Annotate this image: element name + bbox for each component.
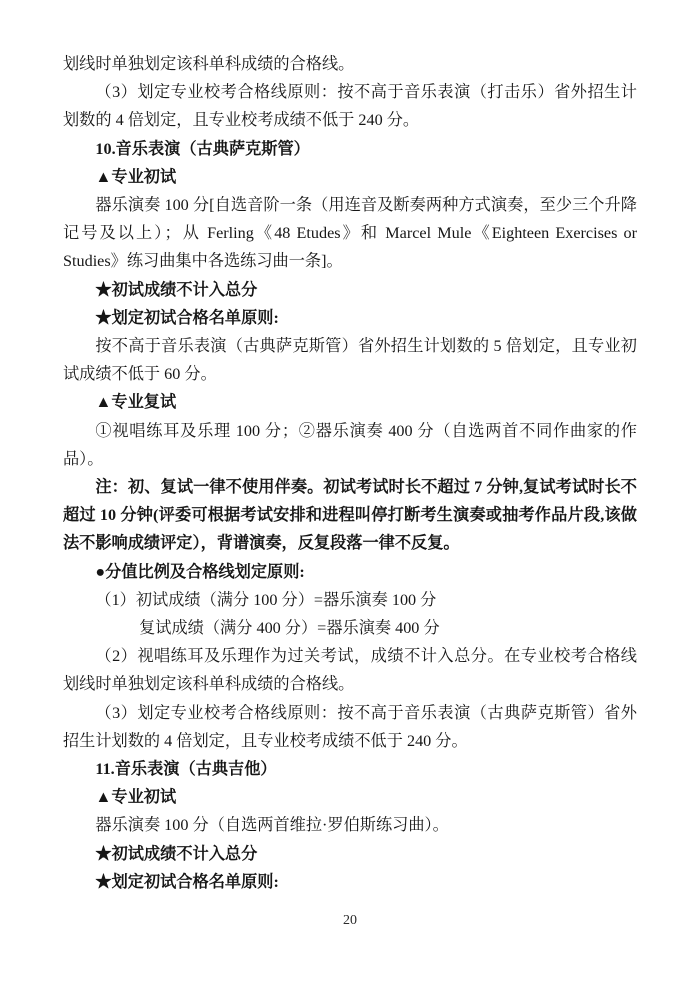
sax-retest-heading: ▲专业复试 — [63, 388, 637, 416]
sax-initial-score-note: ★初试成绩不计入总分 — [63, 276, 637, 304]
sax-initial-exam-heading: ▲专业初试 — [63, 163, 637, 191]
paragraph-score-rule-1-initial: （1）初试成绩（满分 100 分）=器乐演奏 100 分 — [63, 586, 637, 614]
paragraph-percussion-rule-3: （3）划定专业校考合格线原则：按不高于音乐表演（打击乐）省外招生计划数的 4 倍… — [63, 78, 637, 134]
paragraph-score-rule-1-retest: 复试成绩（满分 400 分）=器乐演奏 400 分 — [63, 614, 637, 642]
heading-11-classical-guitar: 11.音乐表演（古典吉他） — [63, 755, 637, 783]
paragraph-sax-initial-requirements: 器乐演奏 100 分[自选音阶一条（用连音及断奏两种方式演奏，至少三个升降记号及… — [63, 191, 637, 276]
paragraph-score-rule-2: （2）视唱练耳及乐理作为过关考试，成绩不计入总分。在专业校考合格线划线时单独划定… — [63, 642, 637, 698]
guitar-initial-exam-heading: ▲专业初试 — [63, 783, 637, 811]
score-ratio-principle-heading: ●分值比例及合格线划定原则: — [63, 558, 637, 586]
paragraph-sax-retest-requirements: ①视唱练耳及乐理 100 分；②器乐演奏 400 分（自选两首不同作曲家的作品）… — [63, 417, 637, 473]
paragraph-score-rule-3: （3）划定专业校考合格线原则：按不高于音乐表演（古典萨克斯管）省外招生计划数的 … — [63, 699, 637, 755]
page-number: 20 — [0, 913, 700, 929]
document-body: 划线时单独划定该科单科成绩的合格线。 （3）划定专业校考合格线原则：按不高于音乐… — [63, 50, 637, 896]
paragraph-exam-duration-note: 注：初、复试一律不使用伴奏。初试考试时长不超过 7 分钟,复试考试时长不超过 1… — [63, 473, 637, 558]
guitar-initial-score-note: ★初试成绩不计入总分 — [63, 840, 637, 868]
paragraph-sax-shortlist-detail: 按不高于音乐表演（古典萨克斯管）省外招生计划数的 5 倍划定，且专业初试成绩不低… — [63, 332, 637, 388]
sax-shortlist-principle-heading: ★划定初试合格名单原则: — [63, 304, 637, 332]
heading-10-classical-saxophone: 10.音乐表演（古典萨克斯管） — [63, 135, 637, 163]
guitar-shortlist-principle-heading: ★划定初试合格名单原则: — [63, 868, 637, 896]
document-page: 划线时单独划定该科单科成绩的合格线。 （3）划定专业校考合格线原则：按不高于音乐… — [0, 0, 700, 990]
paragraph-guitar-initial-requirements: 器乐演奏 100 分（自选两首维拉·罗伯斯练习曲）。 — [63, 811, 637, 839]
paragraph-continuation: 划线时单独划定该科单科成绩的合格线。 — [63, 50, 637, 78]
